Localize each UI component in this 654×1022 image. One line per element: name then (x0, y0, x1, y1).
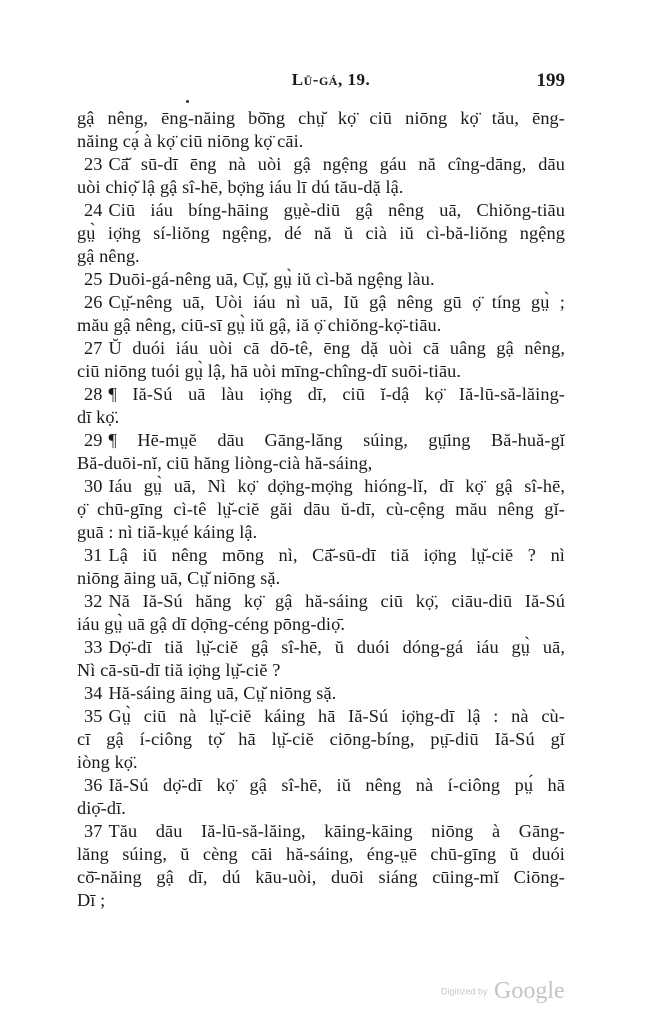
verse-number: 36 (84, 775, 102, 795)
body-text: gậ nêng, ēng-năing bŏ̄ng chṳ̆ kọ̈ ciū ni… (77, 107, 565, 912)
verse-number: 37 (84, 821, 102, 841)
verse-line: 26Cṳ̆-nêng uā, Uòi iáu nì uā, Iŭ gậ nêng… (77, 291, 565, 314)
text-line: lăng súing, ŭ cèng cāi hă-sáing, éng-ṳē … (77, 843, 565, 866)
line-text: Nì cā-sū-dī tiă iọ̈ng lṳ̆-ciĕ ? (77, 660, 280, 680)
line-text: Dī ; (77, 890, 105, 910)
verse-line: 34Hă-sáing āing uā, Cṳ̆ niōng sặ. (77, 682, 565, 705)
watermark-prefix: Digitized by (441, 987, 488, 997)
line-text: gậ nêng, ēng-năing bŏ̄ng chṳ̆ kọ̈ ciū ni… (77, 108, 565, 128)
text-line: ọ̈ chū-gīng cì-tê lṳ̆-ciĕ găi dāu ŭ-dī, … (77, 498, 565, 521)
line-text: dī kọ̈. (77, 407, 119, 427)
running-title: Lū-gá, 19. (77, 70, 565, 90)
line-text: Gṳ̀ ciū nà lṳ̆-ciĕ káing hā Iă-Sú iọ̈ng-… (108, 706, 565, 726)
line-text: Duōi-gá-nêng uā, Cṳ̆, gṳ̀ iŭ cì-bă ngệng… (108, 269, 434, 289)
line-text: Iáu gṳ̀ uā, Nì kọ̈ dọ̈ng-mọ̈ng hióng-lĭ,… (108, 476, 565, 496)
line-text: ¶ Hē-mṳĕ dāu Gāng-lăng súing, gṳ̄ing Bă-… (108, 430, 565, 450)
verse-line: 25Duōi-gá-nêng uā, Cṳ̆, gṳ̀ iŭ cì-bă ngệ… (77, 268, 565, 291)
line-text: niōng āing uā, Cṳ̆ niōng sặ. (77, 568, 280, 588)
verse-line: 36Iă-Sú dọ̈-dī kọ̈ gậ sî-hē, iŭ nêng nà … (77, 774, 565, 797)
text-line: cī gậ í-ciông tọ̆ hā lṳ̆-ciĕ ciōng-bíng,… (77, 728, 565, 751)
verse-number: 31 (84, 545, 102, 565)
text-line: mău gậ nêng, ciū-sī gṳ̀ iŭ gậ, iă ọ̈ chi… (77, 314, 565, 337)
google-logo: Google (494, 978, 565, 1004)
text-line: uòi chiọ̆ lậ gậ sî-hē, bọ̈ng iáu lī dú t… (77, 176, 565, 199)
page-number: 199 (537, 70, 566, 92)
verse-line: 23Cā̆ sū-dī ēng nà uòi gậ ngệng gáu nă c… (77, 153, 565, 176)
verse-line: 33Dọ̈-dī tiă lṳ̆-ciĕ gậ sî-hē, ŭ duói dó… (77, 636, 565, 659)
text-line: cŏ̄-năing gậ dī, dú kāu-uòi, duōi siáng … (77, 866, 565, 889)
verse-number: 23 (84, 154, 102, 174)
text-line: iáu gṳ̀ uā gậ dī dọ̄ng-céng pōng-diọ̄. (77, 613, 565, 636)
verse-line: 27Ŭ duói iáu uòi cā dō-tê, ēng dặ uòi cā… (77, 337, 565, 360)
verse-line: 31Lậ iŭ nêng mōng nì, Cā̆-sū-dī tiă iọ̈n… (77, 544, 565, 567)
verse-number: 28 (84, 384, 102, 404)
line-text: diọ̄-dī. (77, 798, 126, 818)
verse-number: 32 (84, 591, 102, 611)
verse-line: 24Ciū iáu bíng-hāing gṳè-diū gậ nêng uā,… (77, 199, 565, 222)
line-text: lăng súing, ŭ cèng cāi hă-sáing, éng-ṳē … (77, 844, 565, 864)
verse-line: 30Iáu gṳ̀ uā, Nì kọ̈ dọ̈ng-mọ̈ng hióng-l… (77, 475, 565, 498)
running-head: Lū-gá, 19. 199 (77, 70, 565, 94)
text-line: Dī ; (77, 889, 565, 912)
line-text: iòng kọ̈. (77, 752, 138, 772)
verse-number: 25 (84, 269, 102, 289)
line-text: Ciū iáu bíng-hāing gṳè-diū gậ nêng uā, C… (108, 200, 565, 220)
text-line: Bă-duōi-nĭ, ciū hăng liòng-cià hă-sáing, (77, 452, 565, 475)
text-line: ciū niōng tuói gṳ̀ lậ, hā uòi mīng-chîng… (77, 360, 565, 383)
digitized-watermark: Digitized by Google (441, 978, 565, 1005)
line-text: Tău dāu Iă-lū-să-lăing, kāing-kāing niōn… (108, 821, 565, 841)
text-line: gậ nêng. (77, 245, 565, 268)
line-text: uòi chiọ̆ lậ gậ sî-hē, bọ̈ng iáu lī dú t… (77, 177, 404, 197)
verse-number: 33 (84, 637, 102, 657)
line-text: ¶ Iă-Sú uā làu iọ̈ng dī, ciū ĭ-dậ kọ̈ Iă… (108, 384, 565, 404)
line-text: Ŭ duói iáu uòi cā dō-tê, ēng dặ uòi cā u… (108, 338, 565, 358)
verse-number: 35 (84, 706, 102, 726)
verse-line: 32Nă Iă-Sú hăng kọ̈ gậ hă-sáing ciū kọ̈,… (77, 590, 565, 613)
line-text: gṳ̀ iọ̈ng sí-liŏng ngệng, dé nă ŭ cià iŭ… (77, 223, 565, 243)
line-text: Hă-sáing āing uā, Cṳ̆ niōng sặ. (108, 683, 336, 703)
text-line: Nì cā-sū-dī tiă iọ̈ng lṳ̆-ciĕ ? (77, 659, 565, 682)
print-speck (186, 100, 189, 103)
line-text: Nă Iă-Sú hăng kọ̈ gậ hă-sáing ciū kọ̈, c… (108, 591, 565, 611)
verse-number: 29 (84, 430, 102, 450)
line-text: Lậ iŭ nêng mōng nì, Cā̆-sū-dī tiă iọ̈ng … (108, 545, 565, 565)
verse-line: 35Gṳ̀ ciū nà lṳ̆-ciĕ káing hā Iă-Sú iọ̈n… (77, 705, 565, 728)
verse-number: 24 (84, 200, 102, 220)
line-text: Dọ̈-dī tiă lṳ̆-ciĕ gậ sî-hē, ŭ duói dóng… (108, 637, 565, 657)
verse-line: 29¶ Hē-mṳĕ dāu Gāng-lăng súing, gṳ̄ing B… (77, 429, 565, 452)
text-line: guā : nì tiă-kṳé káing lậ. (77, 521, 565, 544)
verse-line: 28¶ Iă-Sú uā làu iọ̈ng dī, ciū ĭ-dậ kọ̈ … (77, 383, 565, 406)
book-page: Lū-gá, 19. 199 gậ nêng, ēng-năing bŏ̄ng … (0, 0, 654, 1022)
line-text: Cā̆ sū-dī ēng nà uòi gậ ngệng gáu nă cîn… (108, 154, 565, 174)
line-text: cī gậ í-ciông tọ̆ hā lṳ̆-ciĕ ciōng-bíng,… (77, 729, 565, 749)
line-text: ciū niōng tuói gṳ̀ lậ, hā uòi mīng-chîng… (77, 361, 461, 381)
text-line: gṳ̀ iọ̈ng sí-liŏng ngệng, dé nă ŭ cià iŭ… (77, 222, 565, 245)
line-text: gậ nêng. (77, 246, 140, 266)
verse-line: 37Tău dāu Iă-lū-să-lăing, kāing-kāing ni… (77, 820, 565, 843)
text-line: niōng āing uā, Cṳ̆ niōng sặ. (77, 567, 565, 590)
verse-number: 27 (84, 338, 102, 358)
line-text: Bă-duōi-nĭ, ciū hăng liòng-cià hă-sáing, (77, 453, 372, 473)
verse-number: 26 (84, 292, 102, 312)
text-line: năing cạ́ à kọ̈ ciū niōng kọ̈ cāi. (77, 130, 565, 153)
line-text: cŏ̄-năing gậ dī, dú kāu-uòi, duōi siáng … (77, 867, 565, 887)
verse-number: 30 (84, 476, 102, 496)
text-line: gậ nêng, ēng-năing bŏ̄ng chṳ̆ kọ̈ ciū ni… (77, 107, 565, 130)
line-text: iáu gṳ̀ uā gậ dī dọ̄ng-céng pōng-diọ̄. (77, 614, 345, 634)
line-text: guā : nì tiă-kṳé káing lậ. (77, 522, 257, 542)
text-line: iòng kọ̈. (77, 751, 565, 774)
verse-number: 34 (84, 683, 102, 703)
text-line: diọ̄-dī. (77, 797, 565, 820)
line-text: năing cạ́ à kọ̈ ciū niōng kọ̈ cāi. (77, 131, 303, 151)
line-text: Cṳ̆-nêng uā, Uòi iáu nì uā, Iŭ gậ nêng g… (108, 292, 565, 312)
text-line: dī kọ̈. (77, 406, 565, 429)
line-text: Iă-Sú dọ̈-dī kọ̈ gậ sî-hē, iŭ nêng nà í-… (108, 775, 565, 795)
line-text: ọ̈ chū-gīng cì-tê lṳ̆-ciĕ găi dāu ŭ-dī, … (77, 499, 565, 519)
line-text: mău gậ nêng, ciū-sī gṳ̀ iŭ gậ, iă ọ̈ chi… (77, 315, 441, 335)
